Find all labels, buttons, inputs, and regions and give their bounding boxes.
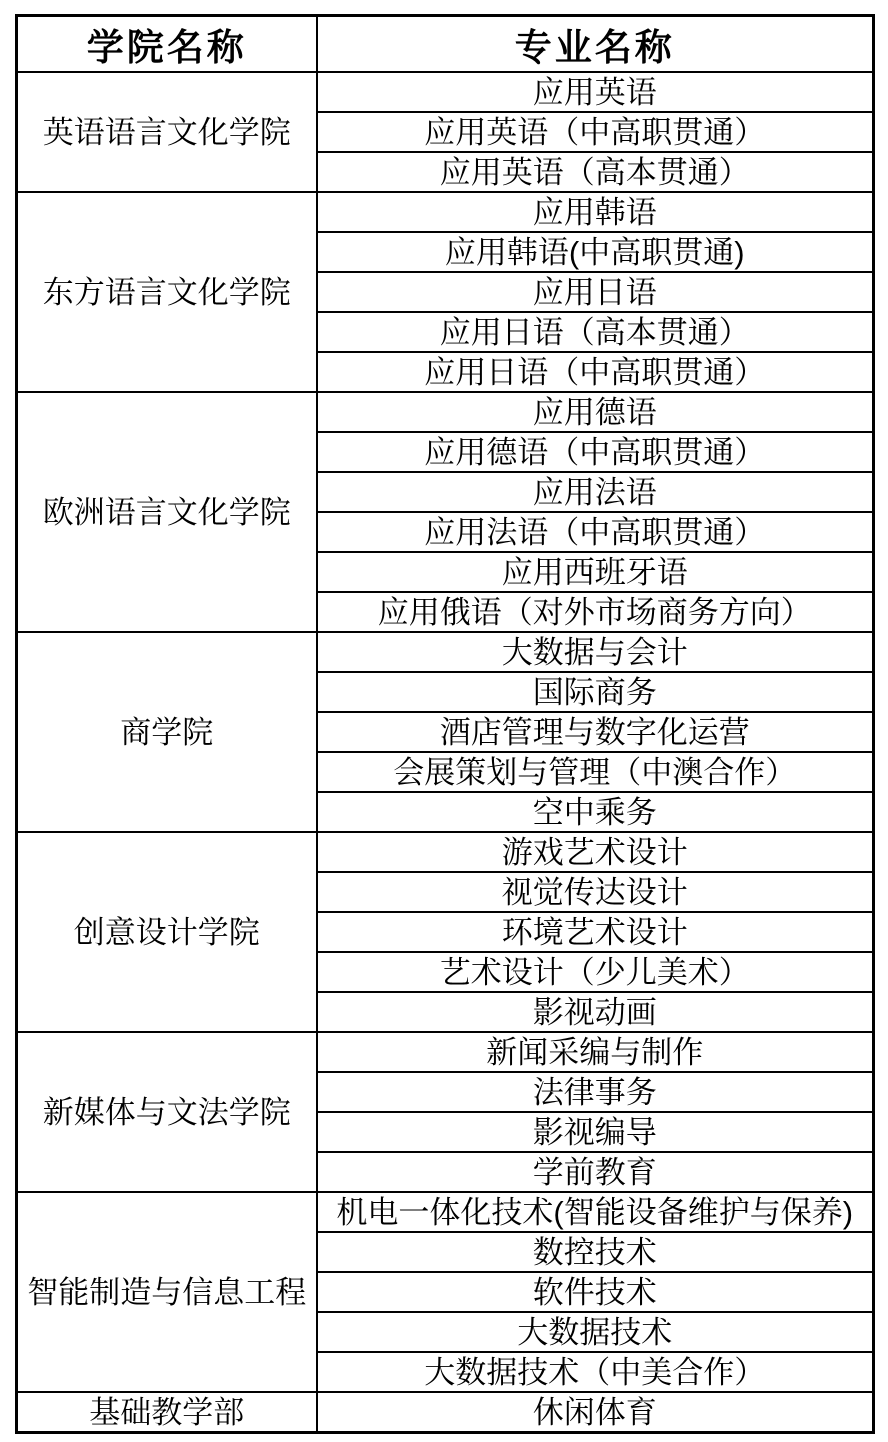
header-row: 学院名称 专业名称 bbox=[17, 16, 874, 73]
major-cell: 应用德语 bbox=[317, 392, 874, 432]
major-cell: 空中乘务 bbox=[317, 792, 874, 832]
table-row: 新媒体与文法学院新闻采编与制作 bbox=[17, 1032, 874, 1072]
major-cell: 机电一体化技术(智能设备维护与保养) bbox=[317, 1192, 874, 1232]
college-cell: 欧洲语言文化学院 bbox=[17, 392, 317, 632]
major-cell: 大数据与会计 bbox=[317, 632, 874, 672]
major-cell: 休闲体育 bbox=[317, 1392, 874, 1433]
major-cell: 影视动画 bbox=[317, 992, 874, 1032]
college-cell: 商学院 bbox=[17, 632, 317, 832]
major-cell: 环境艺术设计 bbox=[317, 912, 874, 952]
major-cell: 应用英语（高本贯通） bbox=[317, 152, 874, 192]
major-cell: 艺术设计（少儿美术） bbox=[317, 952, 874, 992]
major-cell: 酒店管理与数字化运营 bbox=[317, 712, 874, 752]
table-row: 智能制造与信息工程机电一体化技术(智能设备维护与保养) bbox=[17, 1192, 874, 1232]
major-cell: 会展策划与管理（中澳合作） bbox=[317, 752, 874, 792]
college-name-header: 学院名称 bbox=[17, 16, 317, 73]
table-row: 基础教学部休闲体育 bbox=[17, 1392, 874, 1433]
major-cell: 应用英语 bbox=[317, 72, 874, 112]
major-cell: 应用法语 bbox=[317, 472, 874, 512]
major-cell: 应用日语 bbox=[317, 272, 874, 312]
major-cell: 应用日语（高本贯通） bbox=[317, 312, 874, 352]
major-cell: 新闻采编与制作 bbox=[317, 1032, 874, 1072]
major-cell: 大数据技术（中美合作） bbox=[317, 1352, 874, 1392]
college-cell: 新媒体与文法学院 bbox=[17, 1032, 317, 1192]
major-cell: 影视编导 bbox=[317, 1112, 874, 1152]
table-row: 欧洲语言文化学院应用德语 bbox=[17, 392, 874, 432]
major-cell: 应用韩语(中高职贯通) bbox=[317, 232, 874, 272]
major-cell: 视觉传达设计 bbox=[317, 872, 874, 912]
major-cell: 大数据技术 bbox=[317, 1312, 874, 1352]
major-cell: 应用俄语（对外市场商务方向） bbox=[317, 592, 874, 632]
major-cell: 软件技术 bbox=[317, 1272, 874, 1312]
college-cell: 基础教学部 bbox=[17, 1392, 317, 1433]
college-cell: 东方语言文化学院 bbox=[17, 192, 317, 392]
major-cell: 数控技术 bbox=[317, 1232, 874, 1272]
major-cell: 应用英语（中高职贯通） bbox=[317, 112, 874, 152]
major-cell: 应用西班牙语 bbox=[317, 552, 874, 592]
page: 学院名称 专业名称 英语语言文化学院应用英语应用英语（中高职贯通）应用英语（高本… bbox=[0, 0, 888, 1442]
table-body: 英语语言文化学院应用英语应用英语（中高职贯通）应用英语（高本贯通）东方语言文化学… bbox=[17, 72, 874, 1433]
college-cell: 英语语言文化学院 bbox=[17, 72, 317, 192]
major-cell: 学前教育 bbox=[317, 1152, 874, 1192]
table-row: 东方语言文化学院应用韩语 bbox=[17, 192, 874, 232]
major-cell: 国际商务 bbox=[317, 672, 874, 712]
major-cell: 应用法语（中高职贯通） bbox=[317, 512, 874, 552]
college-majors-table: 学院名称 专业名称 英语语言文化学院应用英语应用英语（中高职贯通）应用英语（高本… bbox=[15, 14, 875, 1434]
major-cell: 游戏艺术设计 bbox=[317, 832, 874, 872]
table-row: 商学院大数据与会计 bbox=[17, 632, 874, 672]
major-cell: 应用德语（中高职贯通） bbox=[317, 432, 874, 472]
major-cell: 应用日语（中高职贯通） bbox=[317, 352, 874, 392]
table-row: 英语语言文化学院应用英语 bbox=[17, 72, 874, 112]
table-row: 创意设计学院游戏艺术设计 bbox=[17, 832, 874, 872]
major-cell: 应用韩语 bbox=[317, 192, 874, 232]
college-cell: 创意设计学院 bbox=[17, 832, 317, 1032]
college-cell: 智能制造与信息工程 bbox=[17, 1192, 317, 1392]
major-cell: 法律事务 bbox=[317, 1072, 874, 1112]
major-name-header: 专业名称 bbox=[317, 16, 874, 73]
